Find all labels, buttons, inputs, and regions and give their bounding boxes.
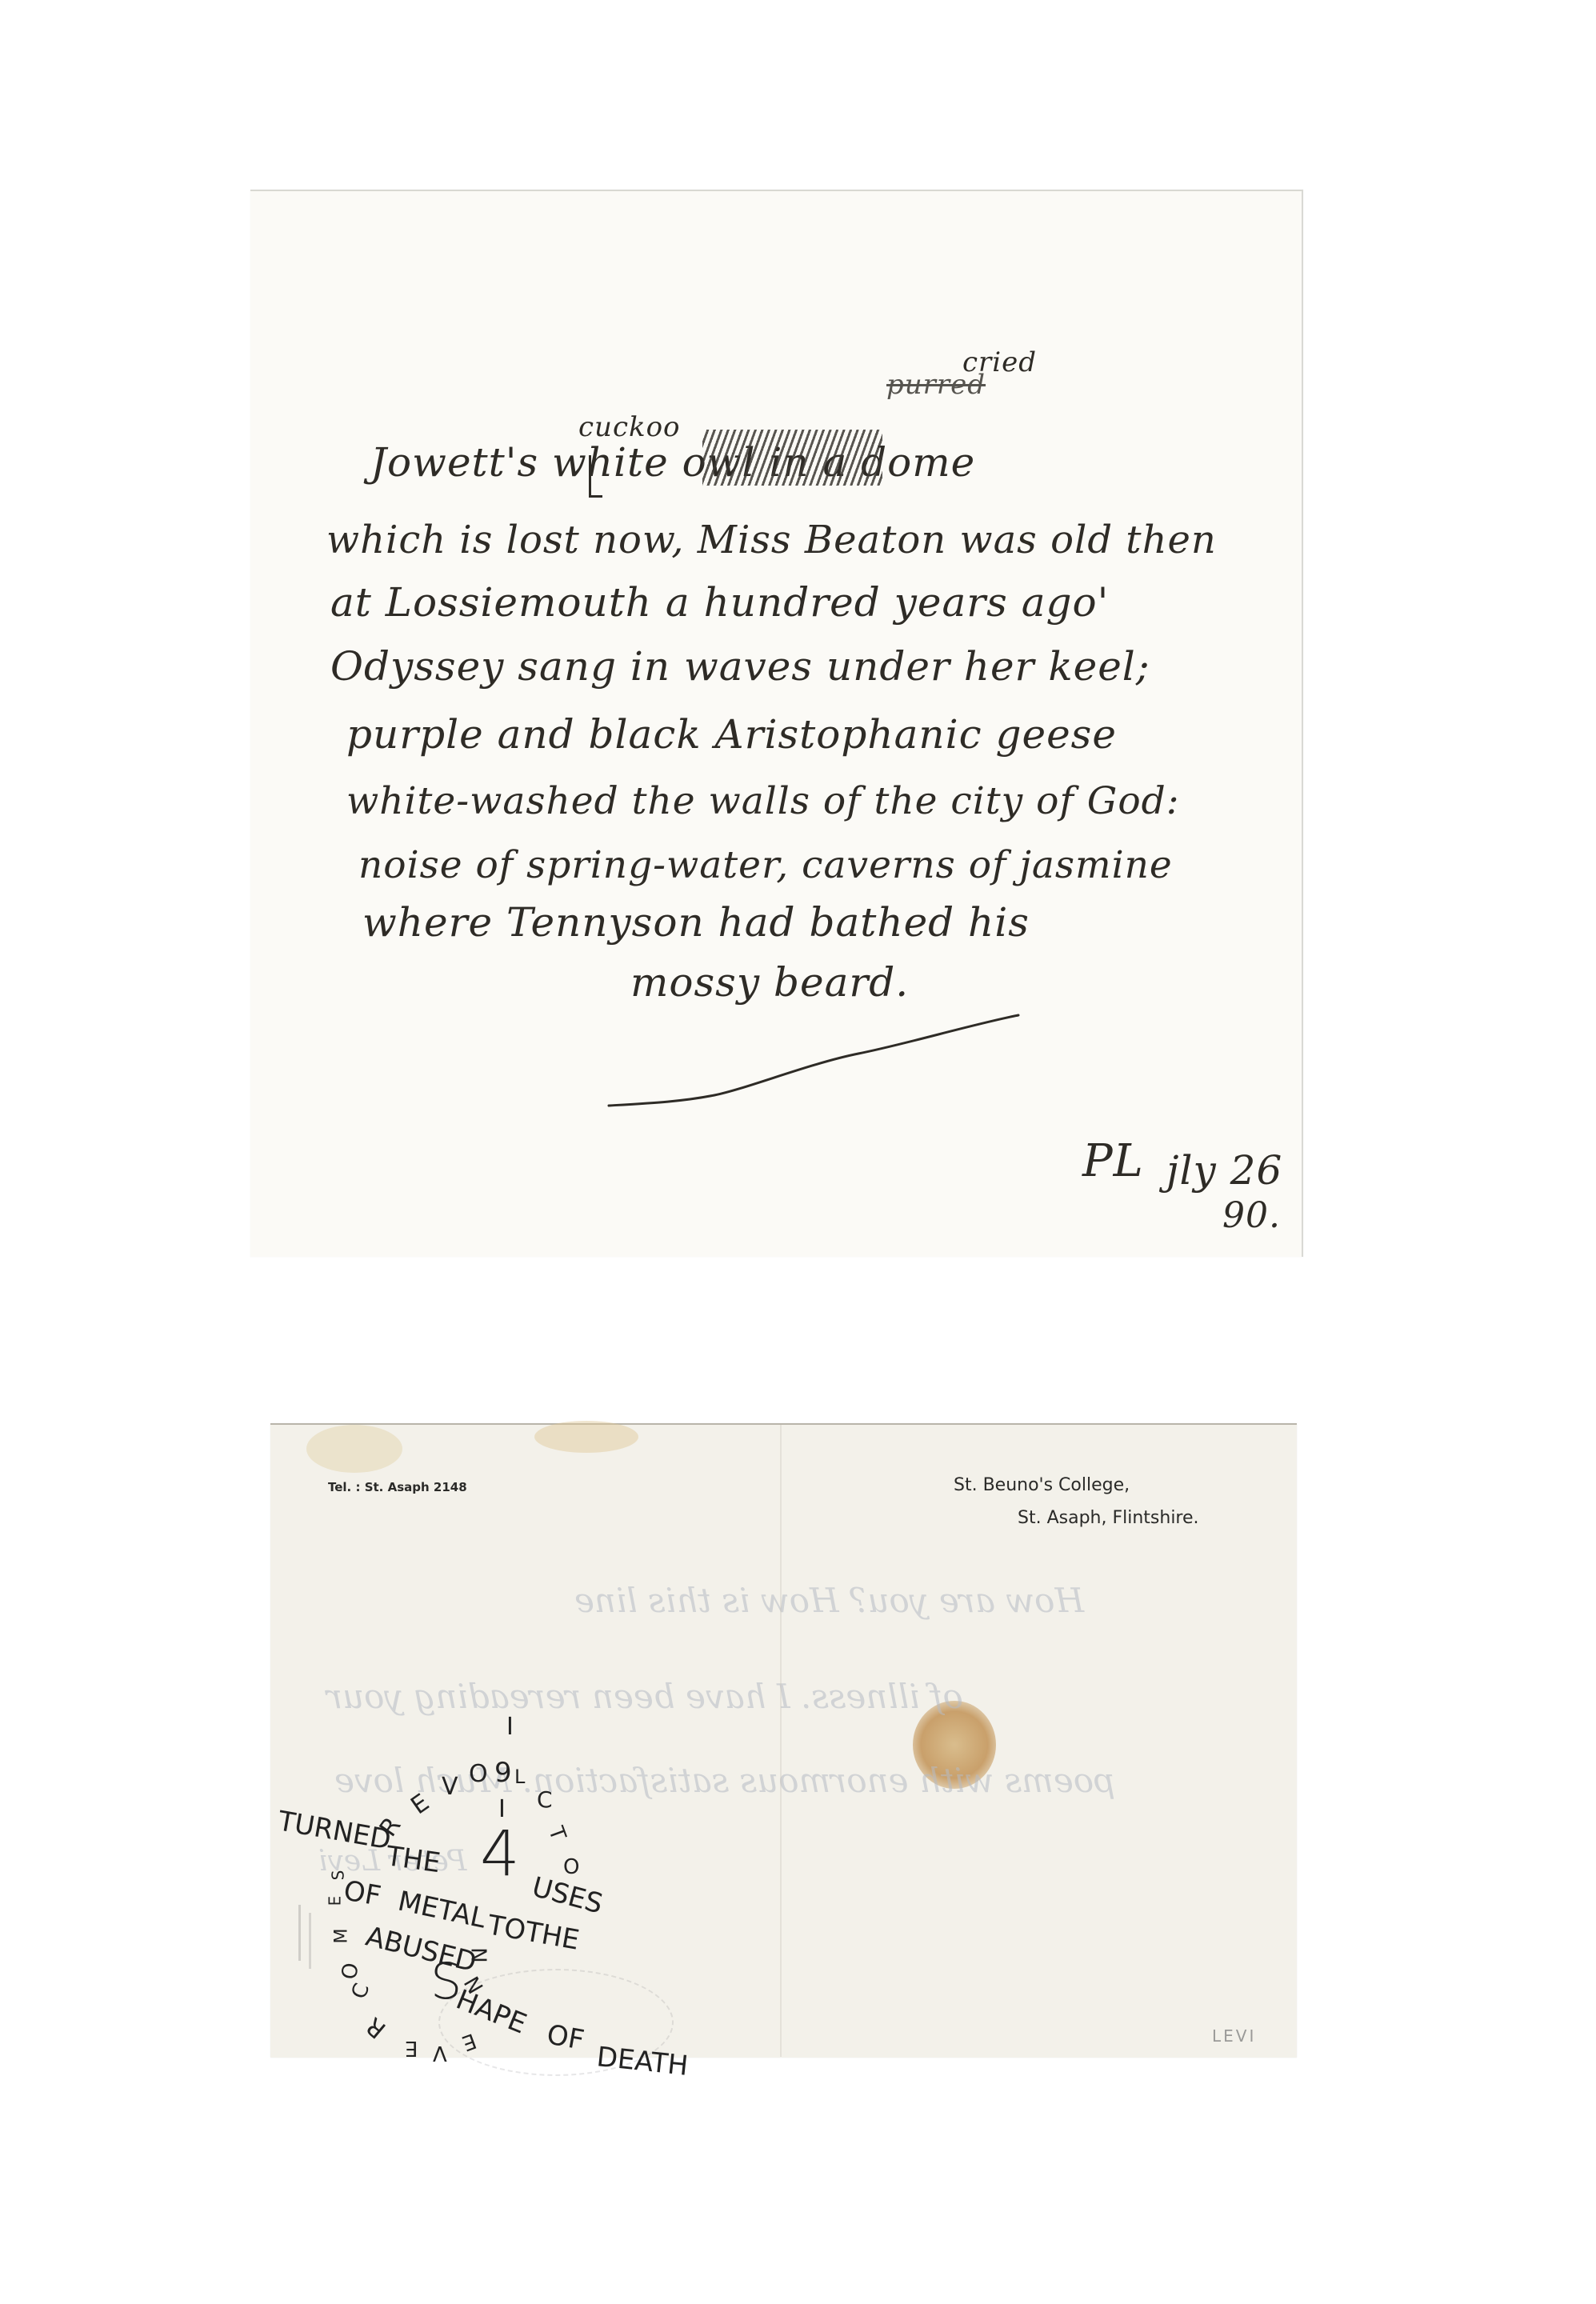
address-line-1: St. Beuno's College, [954,1475,1130,1495]
stain-top-left [306,1425,402,1473]
crossed-out-word: purred [886,369,986,401]
manuscript-line-2: which is lost now, Miss Beaton was old t… [326,518,1217,562]
manuscript-line-8: where Tennyson had bathed his [362,899,1030,946]
showthrough-line-1: How are you? How is this line [574,1581,1084,1620]
manuscript-line-6: white-washed the walls of the city of Go… [346,779,1180,823]
address-line-2: St. Asaph, Flintshire. [1018,1508,1199,1528]
archive-mark: LEVI [1212,2026,1256,2046]
faint-stamp [438,1969,674,2076]
smudge-2 [309,1913,311,1969]
manuscript-line-9: mossy beard. [630,959,909,1006]
poem-turned: TURNED [276,1807,393,1854]
insertion-caret [589,455,602,498]
crossed-out-scribble [702,430,882,486]
signature-initials: PL [1082,1135,1144,1187]
fold-line [780,1425,782,2057]
manuscript-line-1: Jowett's white owl in a dome [370,439,975,486]
insertion-cuckoo: cuckoo [578,411,681,443]
manuscript-line-5: purple and black Aristophanic geese [346,711,1117,758]
manuscript-line-4: Odyssey sang in waves under her keel; [330,643,1150,690]
manuscript-card: cried purred cuckoo Jowett's white owl i… [250,190,1303,1257]
stain-top-center [534,1421,638,1453]
smudge-1 [298,1905,301,1961]
date-year: 90. [1222,1195,1281,1236]
manuscript-line-7: noise of spring-water, caverns of jasmin… [358,843,1173,887]
manuscript-line-3: at Lossiemouth a hundred years ago' [330,579,1109,626]
letterhead-card: Tel. : St. Asaph 2148 St. Beuno's Colleg… [270,1423,1297,2058]
showthrough-line-2: of illness. I have been rereading your [326,1677,963,1716]
telephone-number: Tel. : St. Asaph 2148 [328,1480,467,1494]
pen-stroke [602,1007,1050,1111]
date-month-day: jly 26 [1166,1147,1282,1194]
